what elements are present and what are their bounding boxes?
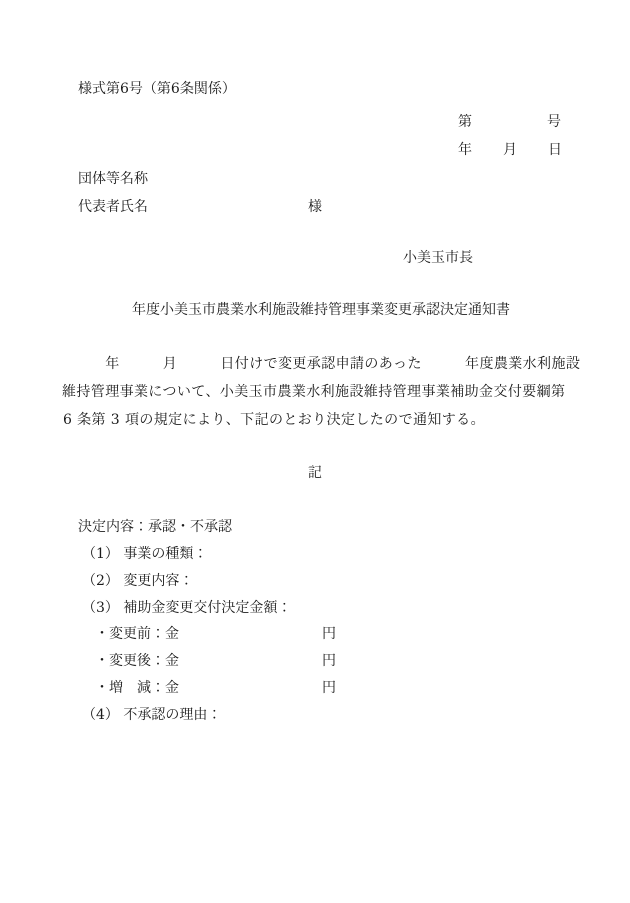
organization-name-label: 団体等名称	[78, 171, 148, 188]
decision-content-line: 決定内容：承認・不承認	[78, 519, 232, 536]
amount-label: ・変更前：金	[95, 626, 179, 643]
addressee-honorific: 様	[308, 199, 322, 216]
sender-mayor-label: 小美玉市長	[403, 250, 473, 267]
document-title: 年度小美玉市農業水利施設維持管理事業変更承認決定通知書	[132, 302, 510, 319]
record-marker: 記	[0, 465, 630, 482]
document-number-line: 第 号	[458, 114, 561, 131]
representative-name-label: 代表者氏名	[78, 199, 148, 216]
document-number-suffix: 号	[547, 114, 561, 131]
item-subsidy-decision-amount: （3） 補助金変更交付決定金額：	[82, 600, 291, 617]
document-number-prefix: 第	[458, 114, 472, 131]
amount-unit-yen: 円	[322, 680, 336, 697]
amount-row-difference: ・増 減：金 円	[95, 680, 336, 697]
body-paragraph-line: 年 月 日付けで変更承認申請のあった 年度農業水利施設	[62, 356, 580, 373]
date-year-label: 年	[458, 142, 472, 159]
document-page: 様式第6号（第6条関係） 第 号 年 月 日 団体等名称 代表者氏名 様 小美玉…	[0, 0, 630, 903]
date-day-label: 日	[548, 142, 562, 159]
amount-row-before-change: ・変更前：金 円	[95, 626, 336, 643]
date-month-label: 月	[503, 142, 517, 159]
item-disapproval-reason: （4） 不承認の理由：	[82, 707, 221, 724]
body-paragraph-line: 6 条第 3 項の規定により、下記のとおり決定したので通知する。	[63, 412, 485, 429]
amount-unit-yen: 円	[322, 653, 336, 670]
item-change-content: （2） 変更内容：	[82, 573, 193, 590]
amount-label: ・変更後：金	[95, 653, 179, 670]
date-line: 年 月 日	[458, 142, 562, 159]
amount-row-after-change: ・変更後：金 円	[95, 653, 336, 670]
body-paragraph-line: 維持管理事業について、小美玉市農業水利施設維持管理事業補助金交付要綱第	[62, 384, 565, 401]
amount-label: ・増 減：金	[95, 680, 179, 697]
amount-unit-yen: 円	[322, 626, 336, 643]
form-number-label: 様式第6号（第6条関係）	[78, 81, 236, 98]
item-business-type: （1） 事業の種類：	[82, 546, 207, 563]
